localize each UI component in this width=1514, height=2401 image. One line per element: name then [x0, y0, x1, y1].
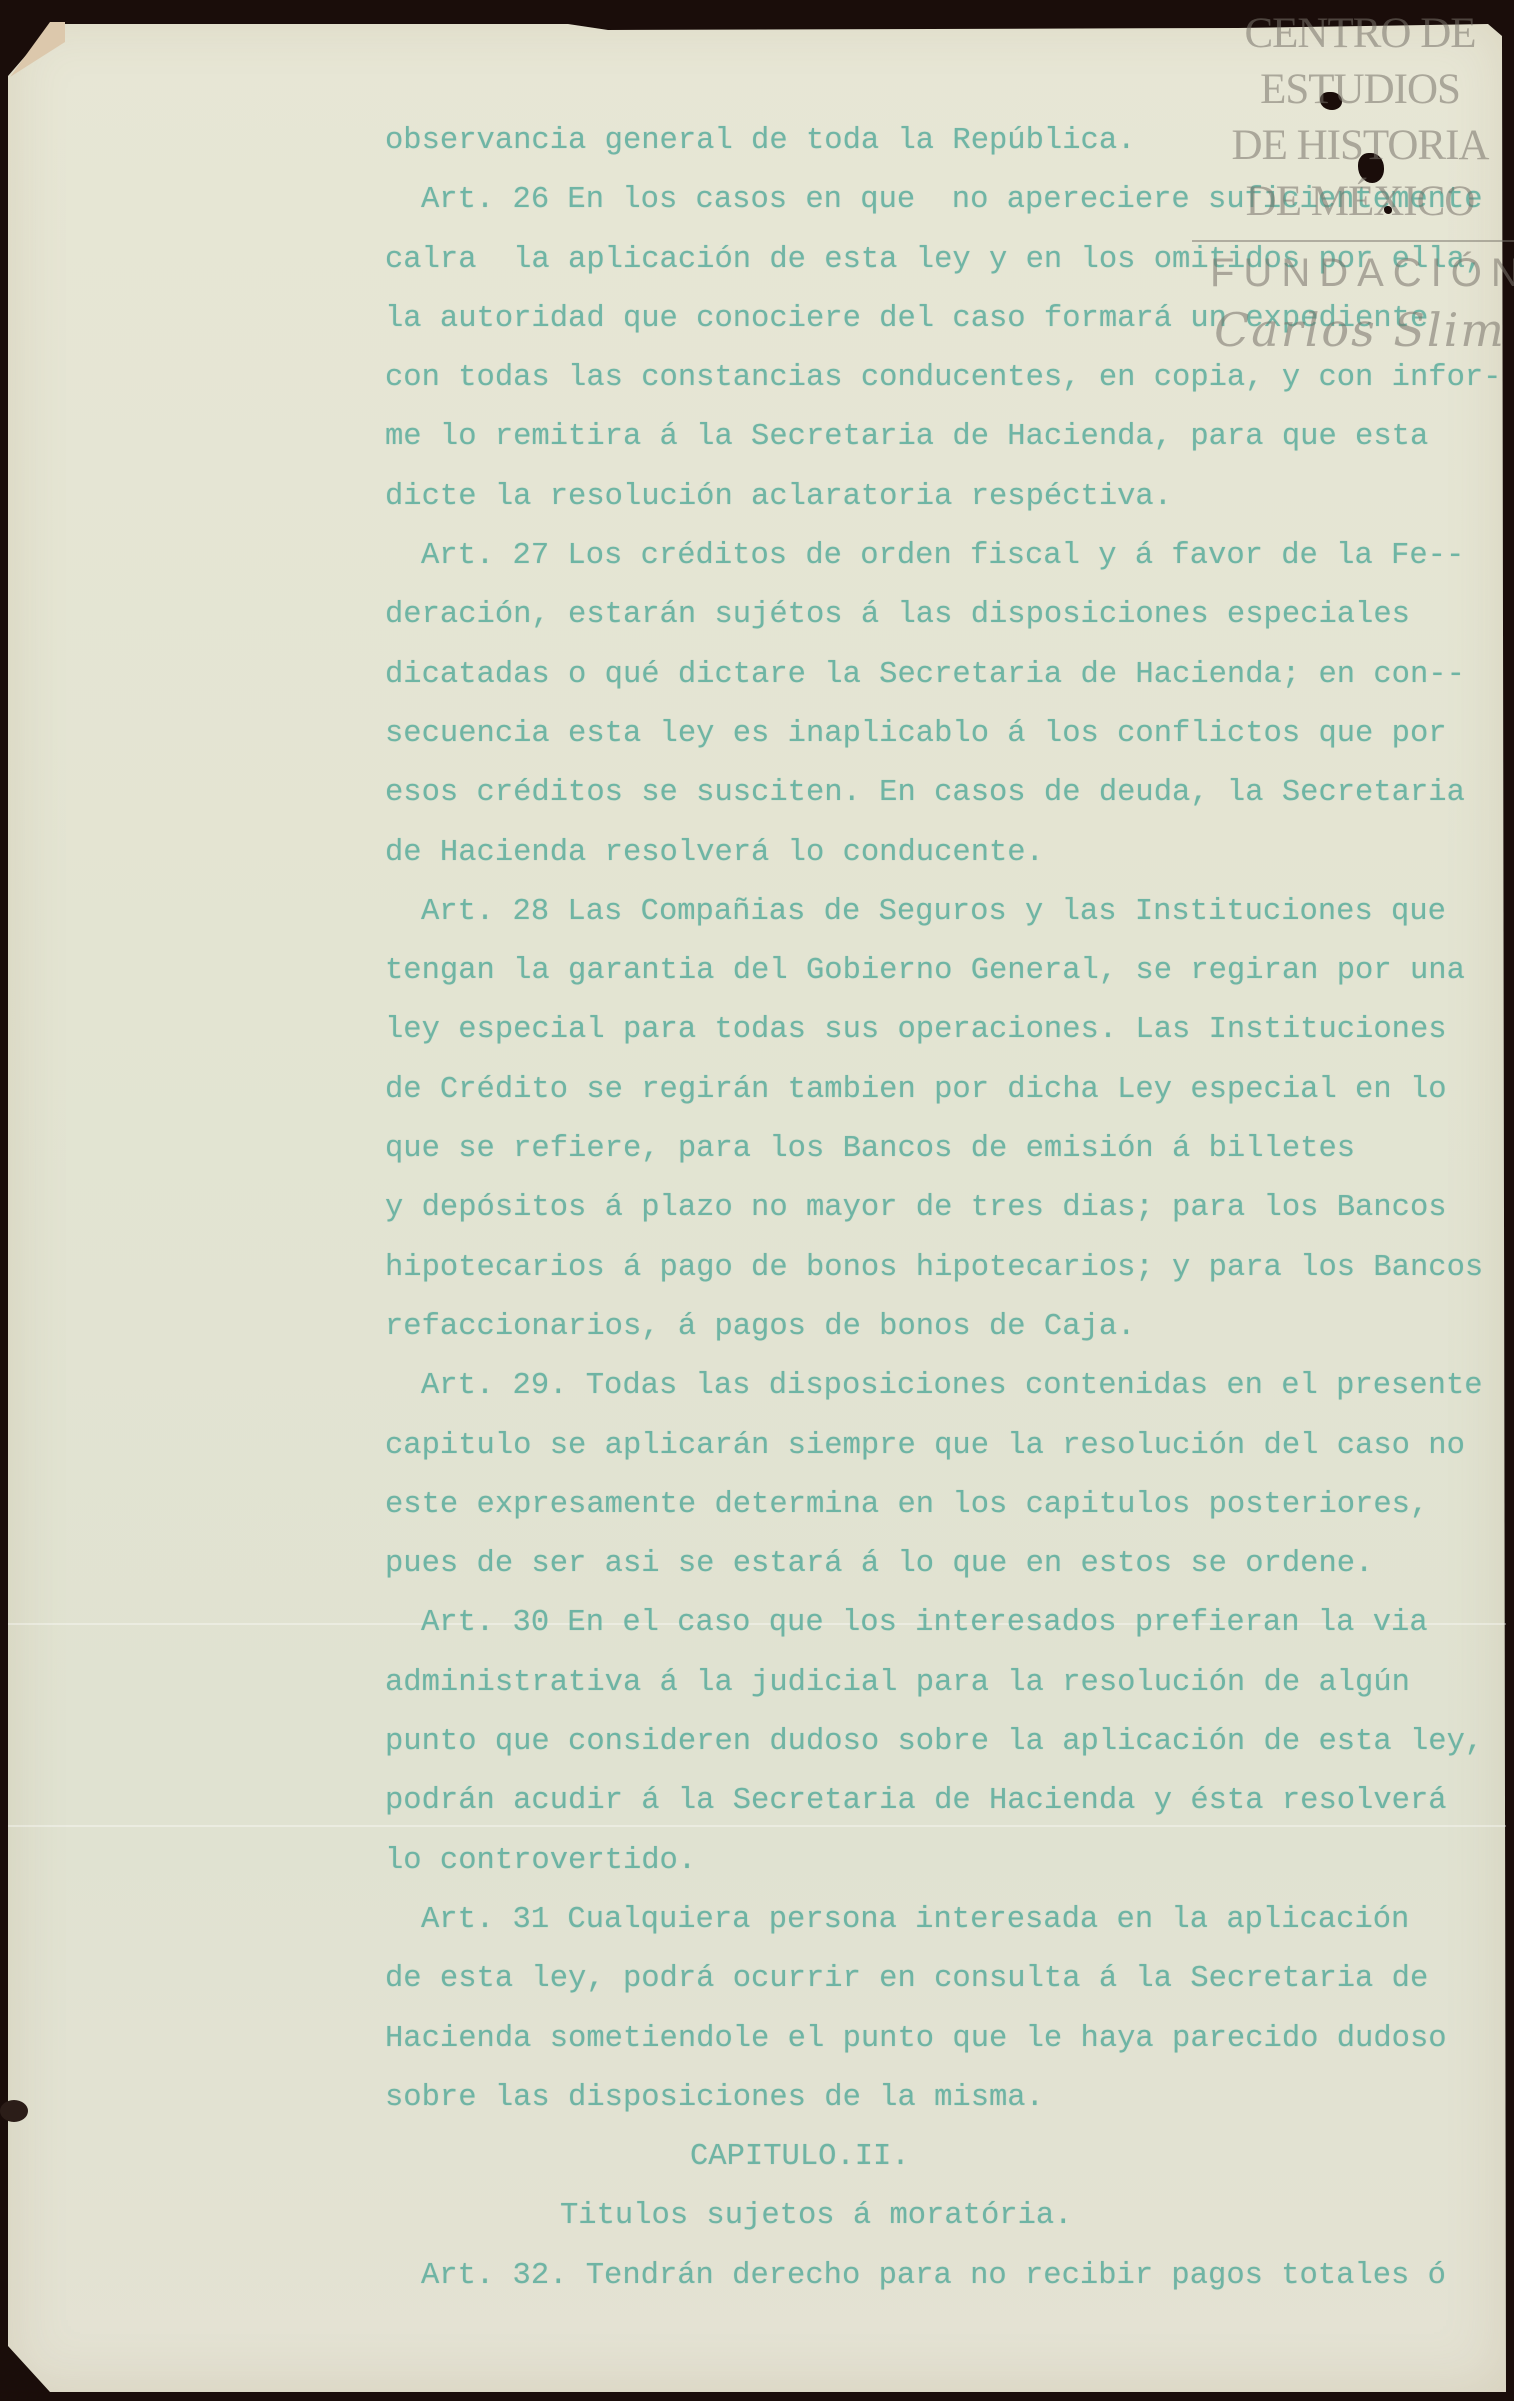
text-line: ley especial para todas sus operaciones.… — [385, 1001, 1455, 1060]
text-line: de Crédito se regirán tambien por dicha … — [385, 1061, 1455, 1120]
text-line: dicte la resolución aclaratoria respécti… — [385, 468, 1455, 527]
text-line: lo controvertido. — [385, 1832, 1455, 1891]
watermark: CENTRO DE ESTUDIOS DE HISTORIA DE MÉXICO… — [1210, 6, 1510, 356]
text-line: de Hacienda resolverá lo conducente. — [385, 824, 1455, 883]
watermark-line: DE HISTORIA — [1210, 118, 1510, 174]
text-line: hipotecarios á pago de bonos hipotecario… — [385, 1239, 1455, 1298]
ink-blot — [0, 2100, 28, 2122]
text-line: y depósitos á plazo no mayor de tres dia… — [385, 1179, 1455, 1238]
text-line: Art. 30 En el caso que los interesados p… — [385, 1594, 1455, 1653]
text-line: dicatadas o qué dictare la Secretaria de… — [385, 646, 1455, 705]
text-line: deración, estarán sujétos á las disposic… — [385, 586, 1455, 645]
text-line: Art. 27 Los créditos de orden fiscal y á… — [385, 527, 1455, 586]
typewritten-text: observancia general de toda la República… — [385, 112, 1455, 2306]
text-line: Art. 28 Las Compañias de Seguros y las I… — [385, 883, 1455, 942]
text-line: con todas las constancias conducentes, e… — [385, 349, 1455, 408]
text-line: que se refiere, para los Bancos de emisi… — [385, 1120, 1455, 1179]
chapter-subtitle: Titulos sujetos á moratória. — [385, 2187, 1455, 2246]
text-line: capitulo se aplicarán siempre que la res… — [385, 1417, 1455, 1476]
watermark-line: CENTRO DE — [1210, 6, 1510, 62]
text-line: Art. 31 Cualquiera persona interesada en… — [385, 1891, 1455, 1950]
text-line: esos créditos se susciten. En casos de d… — [385, 764, 1455, 823]
watermark-signature: Carlos Slim — [1210, 304, 1510, 356]
text-line: administrativa á la judicial para la res… — [385, 1654, 1455, 1713]
text-line: refaccionarios, á pagos de bonos de Caja… — [385, 1298, 1455, 1357]
watermark-line: DE MÉXICO — [1210, 174, 1510, 230]
watermark-foundation: FUNDACIÓN — [1210, 242, 1510, 304]
text-line: pues de ser asi se estará á lo que en es… — [385, 1535, 1455, 1594]
text-line: punto que consideren dudoso sobre la apl… — [385, 1713, 1455, 1772]
text-line: Art. 29. Todas las disposiciones conteni… — [385, 1357, 1455, 1416]
text-line: Hacienda sometiendole el punto que le ha… — [385, 2010, 1455, 2069]
text-line: de esta ley, podrá ocurrir en consulta á… — [385, 1950, 1455, 2009]
text-line: podrán acudir á la Secretaria de Haciend… — [385, 1772, 1455, 1831]
chapter-heading: CAPITULO.II. — [385, 2128, 1455, 2187]
text-line: secuencia esta ley es inaplicablo á los … — [385, 705, 1455, 764]
text-line: este expresamente determina en los capit… — [385, 1476, 1455, 1535]
text-line: me lo remitira á la Secretaria de Hacien… — [385, 408, 1455, 467]
text-line: tengan la garantia del Gobierno General,… — [385, 942, 1455, 1001]
watermark-line: ESTUDIOS — [1210, 62, 1510, 118]
text-line: Art. 32. Tendrán derecho para no recibir… — [385, 2247, 1455, 2306]
text-line: sobre las disposiciones de la misma. — [385, 2069, 1455, 2128]
